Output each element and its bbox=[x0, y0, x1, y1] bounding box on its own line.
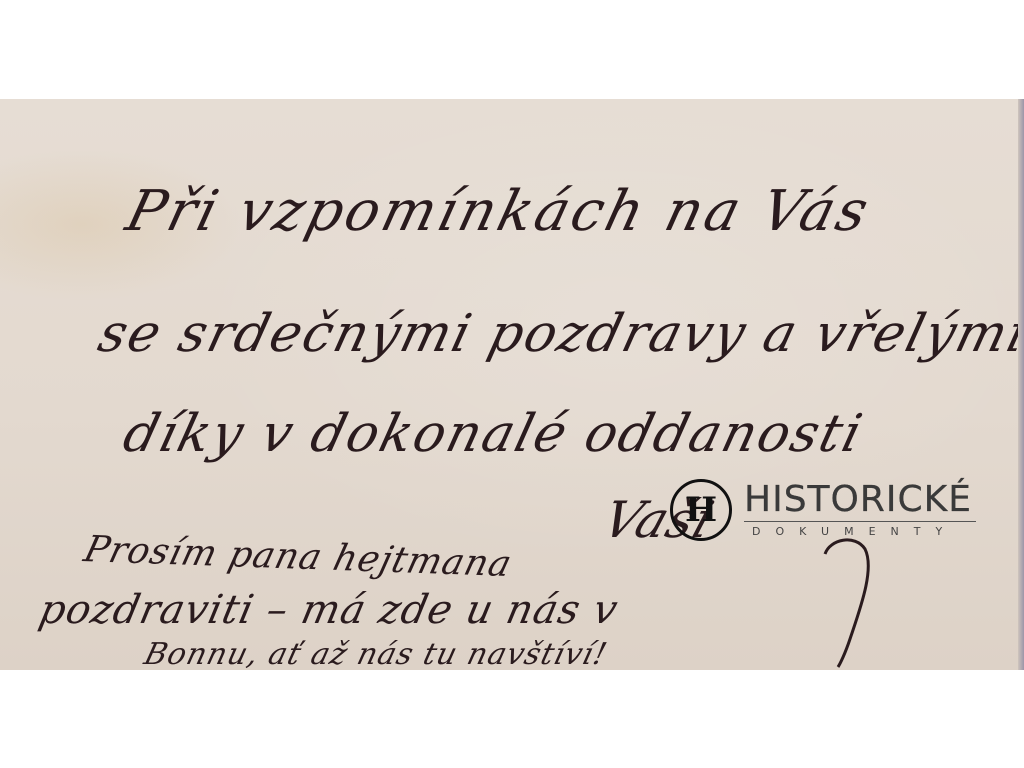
postscript-line-1: Prosím pana hejtmana bbox=[80, 529, 516, 585]
postscript-line-2: pozdraviti – má zde u nás v bbox=[35, 587, 622, 633]
note-line-2: se srdečnými pozdravy a vřelými bbox=[93, 304, 1024, 364]
postscript-line-3: Bonnu, ať až nás tu navštíví! bbox=[141, 637, 611, 670]
paper-edge bbox=[1018, 99, 1024, 670]
handwritten-note-paper: Při vzpomínkách na Vás se srdečnými pozd… bbox=[0, 99, 1024, 670]
historicke-dokumenty-watermark: H HISTORICKÉ DOKUMENTY bbox=[668, 477, 988, 567]
note-line-1: Při vzpomínkách na Vás bbox=[120, 179, 877, 244]
note-line-3: díky v dokonalé oddanosti bbox=[118, 404, 870, 464]
watermark-divider bbox=[744, 521, 976, 522]
monogram-logo-icon: H bbox=[670, 479, 732, 541]
watermark-subtitle: DOKUMENTY bbox=[752, 525, 957, 538]
watermark-title: HISTORICKÉ bbox=[744, 479, 972, 520]
